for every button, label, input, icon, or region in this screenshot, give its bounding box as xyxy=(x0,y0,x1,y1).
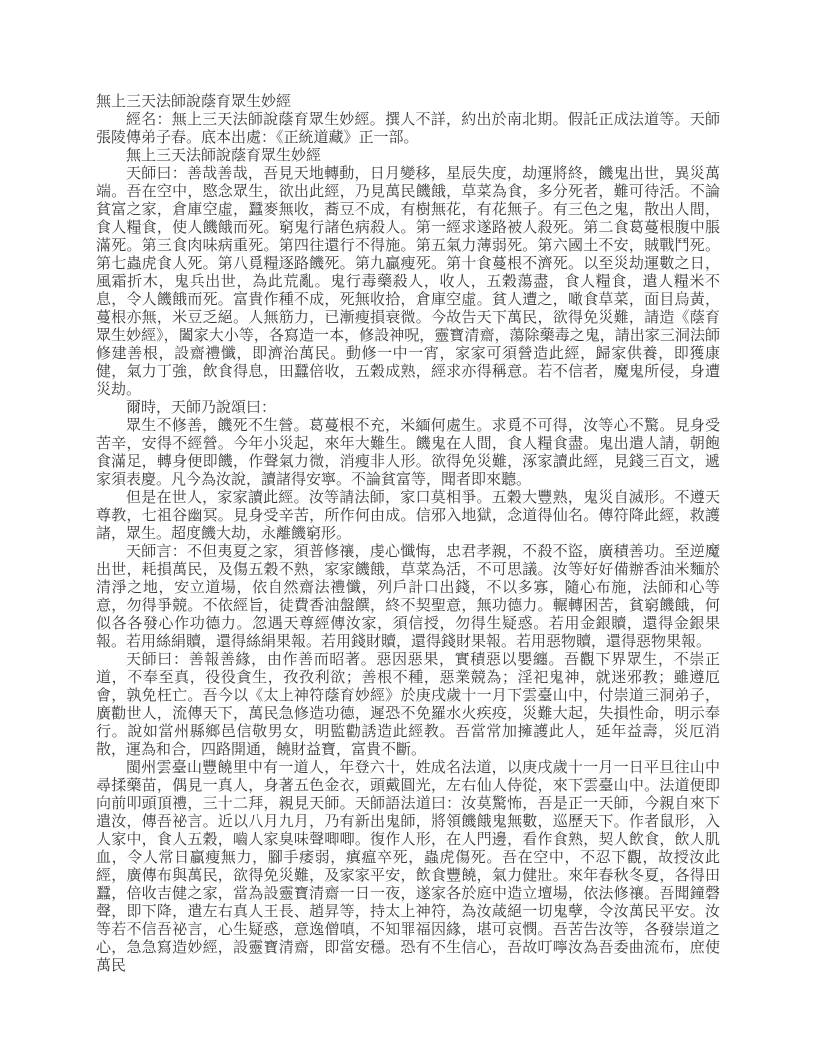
document-title: 無上三天法師說蔭育眾生妙經 xyxy=(96,92,720,110)
paragraph: 經名：無上三天法師說蔭育眾生妙經。撰人不詳，約出於南北期。假託正成法道等。天師張… xyxy=(96,110,720,146)
paragraph: 但是在世人，家家讀此經。汝等請法師，家口莫相爭。五穀大豐熟，鬼災自滅形。不遵天尊… xyxy=(96,488,720,542)
paragraph: 眾生不修善，饑死不生營。葛蔓根不充，米緬何處生。求覓不可得，汝等心不驚。見身受苦… xyxy=(96,416,720,488)
paragraph: 爾時，天師乃說頌曰： xyxy=(96,398,720,416)
paragraph: 無上三天法師說蔭育眾生妙經 xyxy=(96,146,720,164)
document-page: 無上三天法師說蔭育眾生妙經經名：無上三天法師說蔭育眾生妙經。撰人不詳，約出於南北… xyxy=(0,0,816,1056)
scripture-text: 無上三天法師說蔭育眾生妙經經名：無上三天法師說蔭育眾生妙經。撰人不詳，約出於南北… xyxy=(96,92,720,974)
paragraph: 天師曰：善報善緣，由作善而昭著。惡因惡果，實積惡以嬰纏。吾觀下界眾生，不崇正道，… xyxy=(96,650,720,758)
paragraph: 天師言：不但夷夏之家，須普修禳，虔心懺悔，忠君孝親，不殺不盜，廣積善功。至逆魔出… xyxy=(96,542,720,650)
paragraph: 閩州雲臺山豐饒里中有一道人，年登六十，姓成名法道，以庚戌歲十一月一日平旦往山中尋… xyxy=(96,758,720,974)
paragraph: 天師曰：善哉善哉，吾見天地轉動，日月變移，星辰失度，劫運將終，饑鬼出世，異災萬端… xyxy=(96,164,720,398)
